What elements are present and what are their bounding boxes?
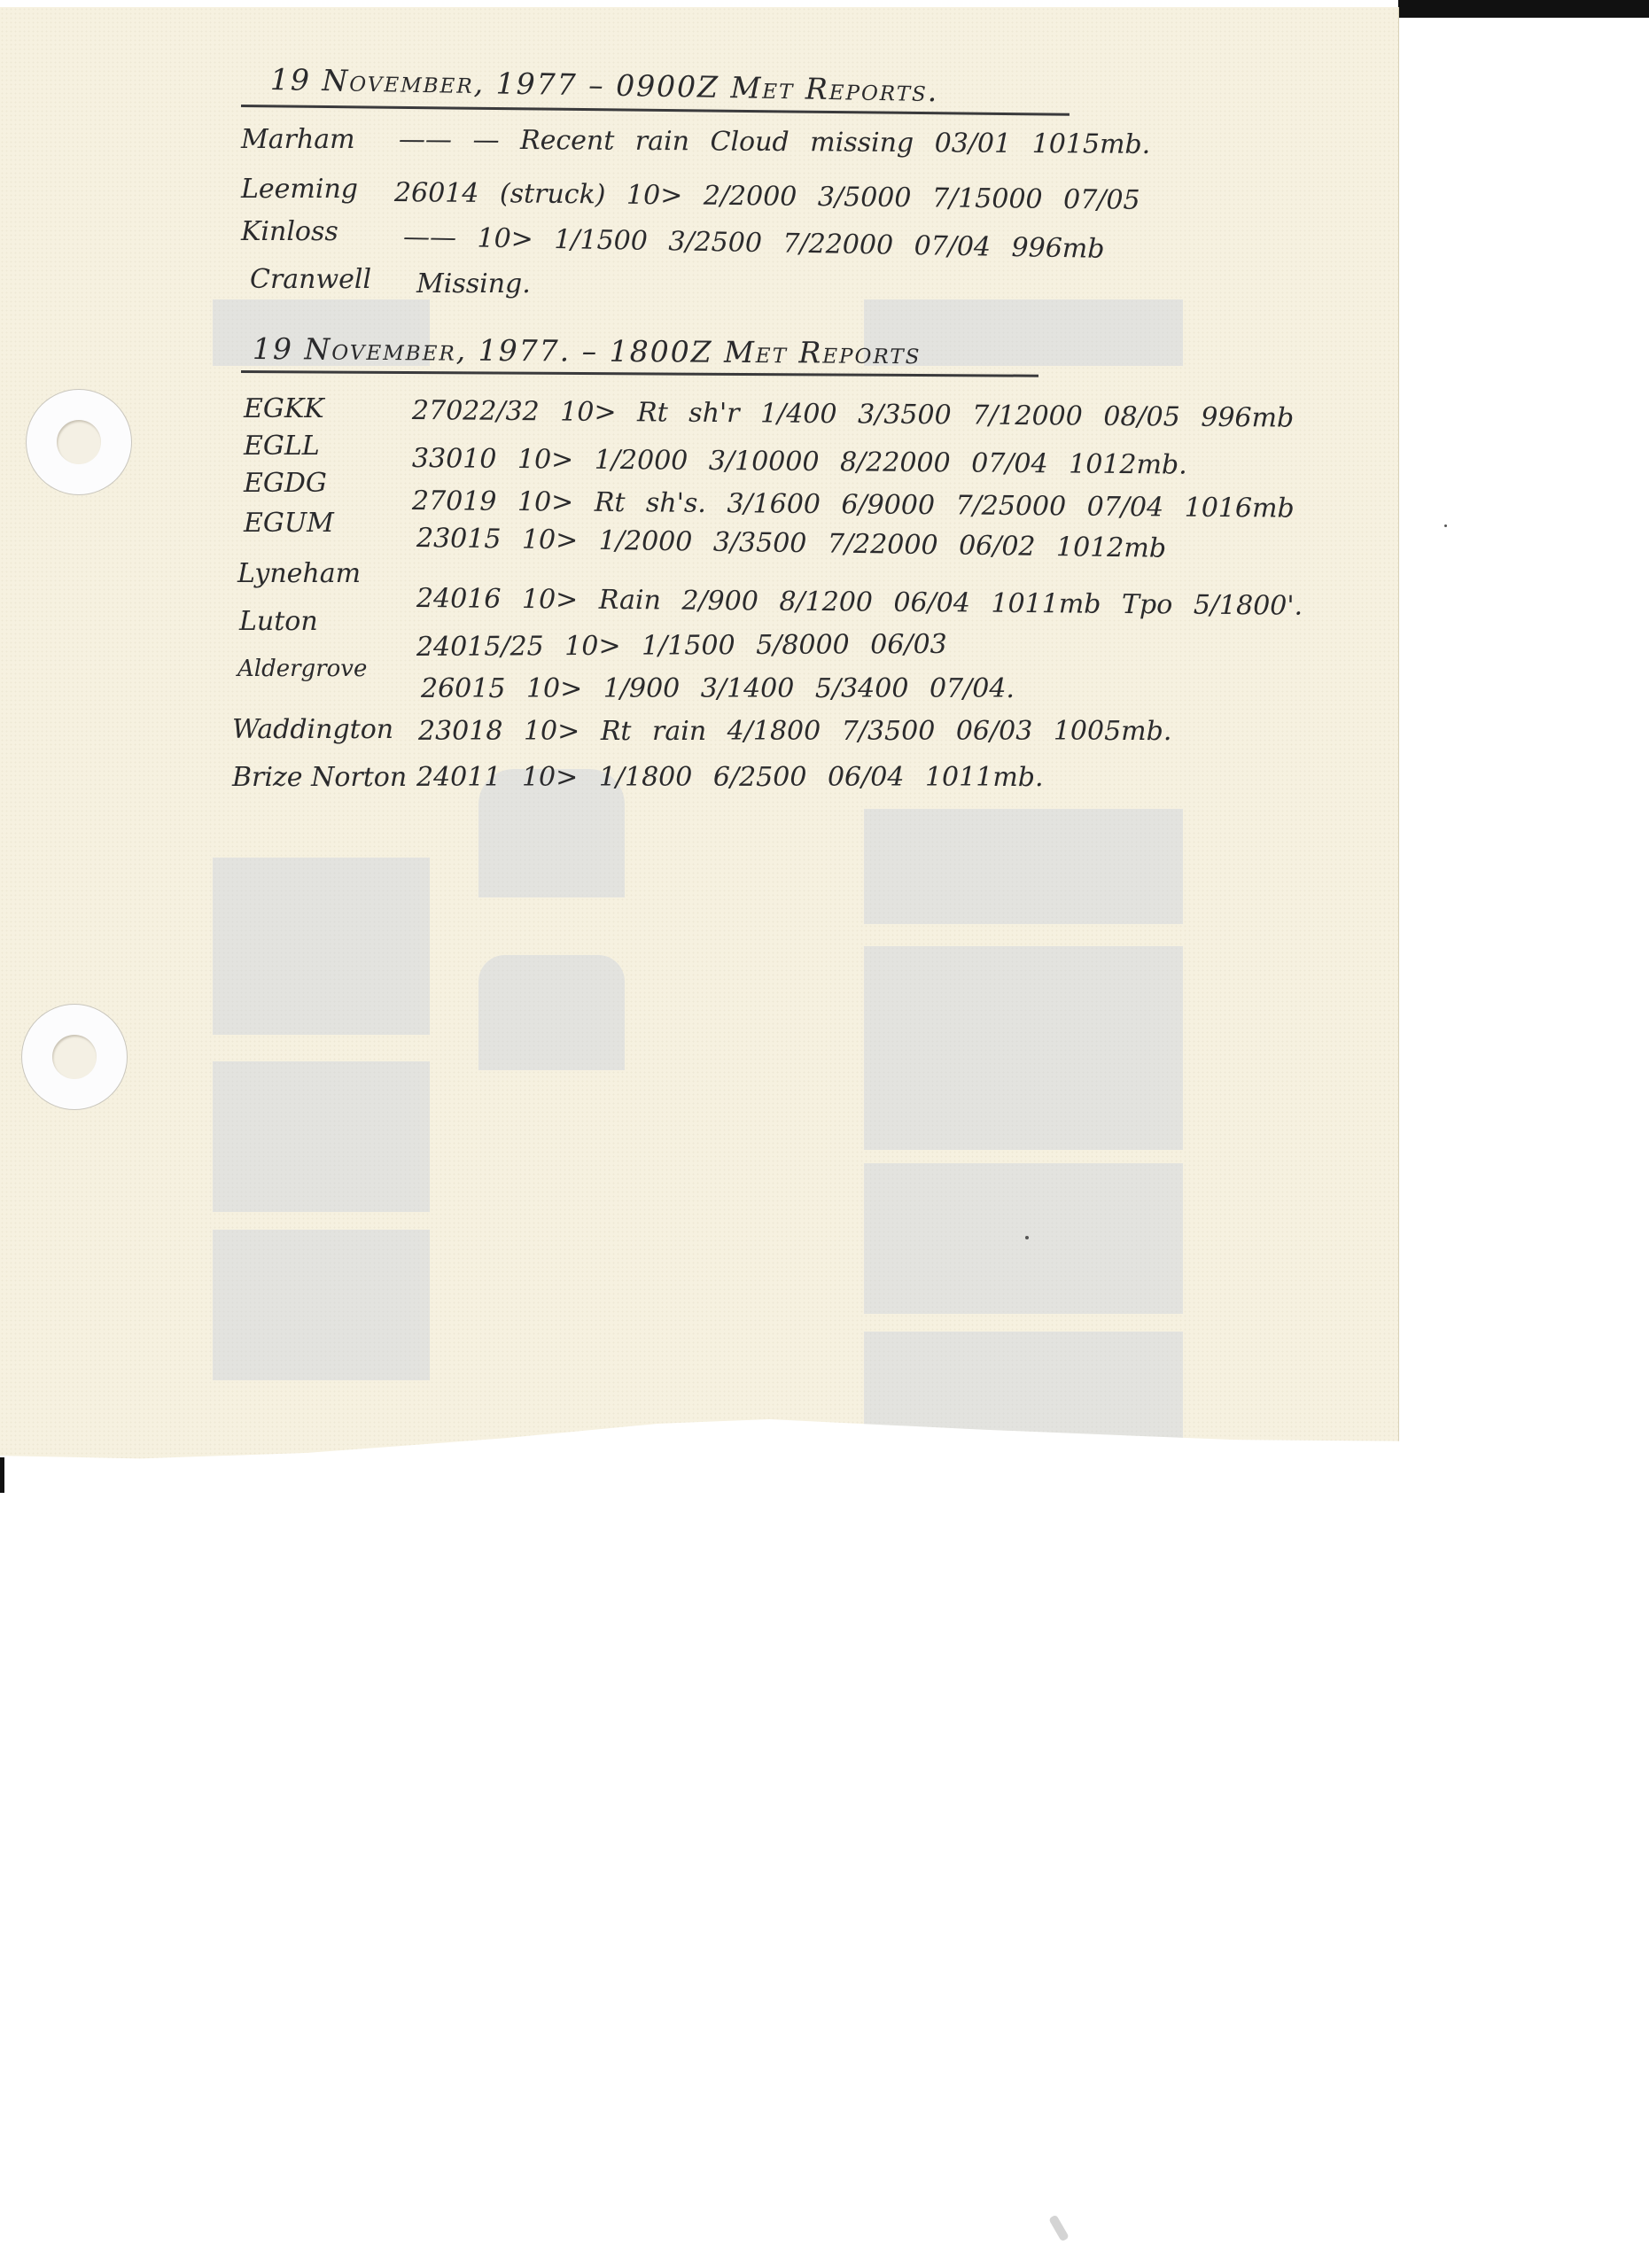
scan-border-top xyxy=(1398,0,1649,18)
bleed-through-block xyxy=(864,946,1183,1150)
section-title-1800z: 19 November, 1977. – 1800Z Met Reports xyxy=(253,331,922,370)
report-text: 27019 10> Rt sh's. 3/1600 6/9000 7/25000… xyxy=(412,485,1295,524)
station-name: Lyneham xyxy=(237,558,361,589)
bleed-through-block xyxy=(864,1163,1183,1314)
report-text: 26015 10> 1/900 3/1400 5/3400 07/04. xyxy=(421,673,1015,704)
title-underline xyxy=(241,105,1070,116)
scan-smudge xyxy=(1048,2215,1070,2242)
bleed-through-block xyxy=(213,858,430,1035)
report-text: 33010 10> 1/2000 3/10000 8/22000 07/04 1… xyxy=(412,443,1187,481)
bleed-through-block xyxy=(478,955,625,1070)
station-name: Aldergrove xyxy=(237,656,367,682)
station-name: Marham xyxy=(241,124,355,155)
report-text: 23018 10> Rt rain 4/1800 7/3500 06/03 10… xyxy=(418,716,1171,747)
station-name: Waddington xyxy=(232,714,393,745)
bleed-through-block xyxy=(213,1061,430,1212)
report-text: 27022/32 10> Rt sh'r 1/400 3/3500 7/1200… xyxy=(412,395,1295,434)
station-name: Cranwell xyxy=(250,264,371,295)
ink-speck xyxy=(1025,1236,1029,1239)
ink-speck xyxy=(1444,524,1447,527)
report-text: 26014 (struck) 10> 2/2000 3/5000 7/15000… xyxy=(394,177,1140,216)
bleed-through-block xyxy=(864,809,1183,924)
station-name: EGUM xyxy=(244,508,334,539)
bleed-through-block xyxy=(213,1230,430,1380)
report-text: 23015 10> 1/2000 3/3500 7/22000 06/02 10… xyxy=(416,523,1167,564)
section-title-0900z: 19 November, 1977 – 0900Z Met Reports. xyxy=(270,62,939,108)
station-name: Leeming xyxy=(241,174,358,205)
paper-sheet: 19 November, 1977 – 0900Z Met Reports. M… xyxy=(0,7,1399,1464)
station-name: EGLL xyxy=(244,431,320,462)
report-text: 24015/25 10> 1/1500 5/8000 06/03 xyxy=(416,629,947,663)
report-text: —— 10> 1/1500 3/2500 7/22000 07/04 996mb xyxy=(403,221,1105,265)
station-name: EGKK xyxy=(244,393,324,424)
scan-border-left xyxy=(0,1457,4,1493)
station-name: EGDG xyxy=(244,468,327,499)
title-underline xyxy=(241,370,1038,377)
report-text: Missing. xyxy=(416,268,531,299)
bleed-through-block xyxy=(864,1332,1183,1456)
station-name: Brize Norton xyxy=(232,762,407,793)
report-text: —— — Recent rain Cloud missing 03/01 101… xyxy=(399,124,1150,160)
report-text: 24011 10> 1/1800 6/2500 06/04 1011mb. xyxy=(416,762,1044,793)
station-name: Kinloss xyxy=(241,216,338,247)
punch-hole-reinforcement xyxy=(27,390,131,494)
report-text: 24016 10> Rain 2/900 8/1200 06/04 1011mb… xyxy=(416,583,1303,622)
station-name: Luton xyxy=(239,606,318,637)
punch-hole-reinforcement xyxy=(22,1005,127,1109)
